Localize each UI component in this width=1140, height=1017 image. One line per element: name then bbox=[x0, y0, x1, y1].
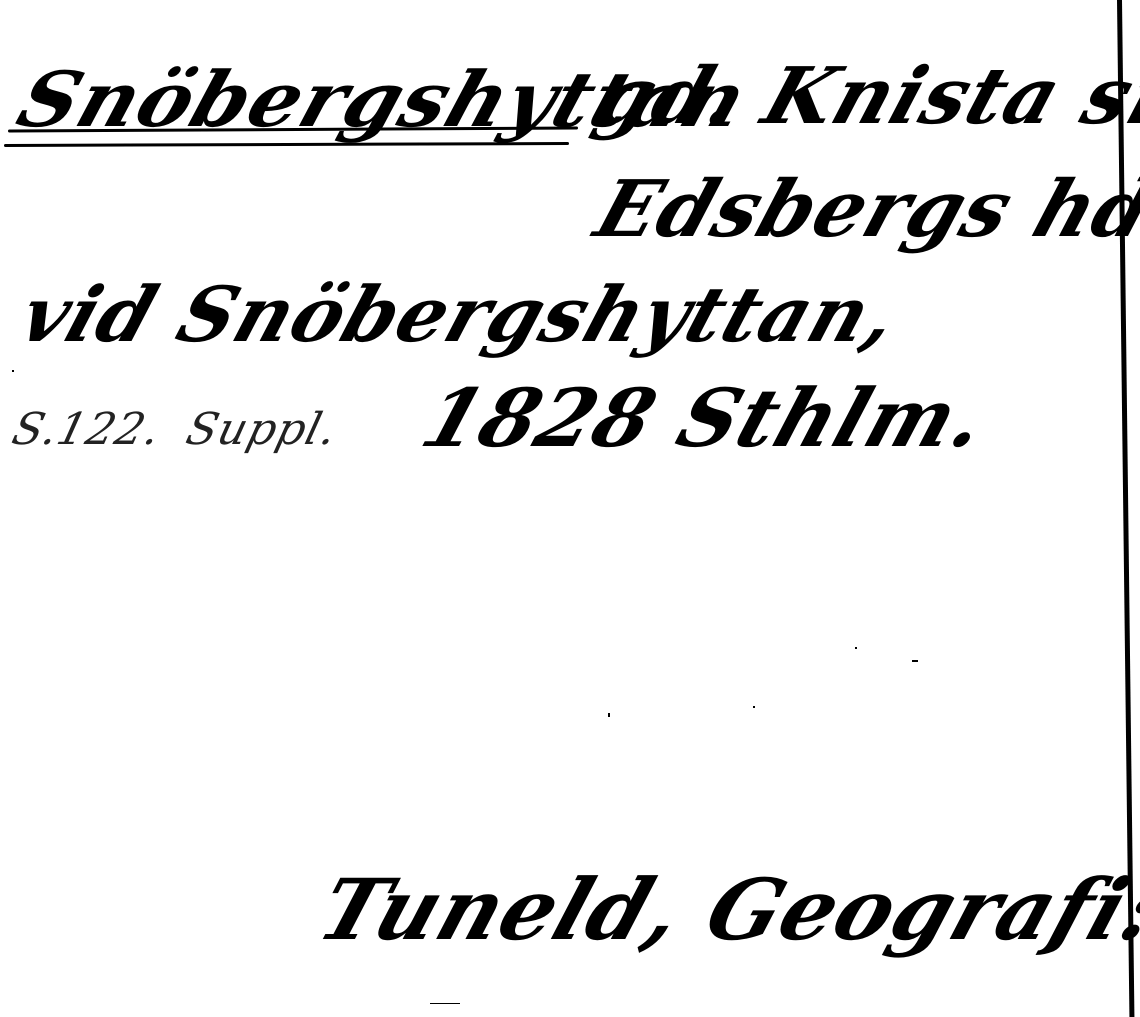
page-reference: S.122. bbox=[6, 400, 167, 460]
year-and-place: 1828 Sthlm. bbox=[410, 368, 1000, 468]
farm-parish-line: gd. Knista sn. bbox=[585, 52, 1140, 142]
scan-speck bbox=[912, 660, 918, 662]
district-province-line: Edsbergs hd. Nrk. bbox=[585, 165, 1140, 255]
supplement-note: Suppl. bbox=[180, 400, 344, 460]
headword-underline-2 bbox=[4, 142, 569, 147]
location-note-line: vid Snöbergshyttan, bbox=[10, 270, 910, 360]
scan-speck bbox=[855, 647, 857, 649]
scan-speck bbox=[608, 713, 610, 717]
scan-speck bbox=[753, 706, 755, 708]
index-card: Snöbergshyttan gd. Knista sn. Edsbergs h… bbox=[0, 0, 1140, 1017]
scan-speck bbox=[430, 1003, 460, 1004]
source-citation: Tuneld, Geografi: II. bbox=[305, 855, 1140, 965]
scan-speck bbox=[12, 370, 14, 372]
